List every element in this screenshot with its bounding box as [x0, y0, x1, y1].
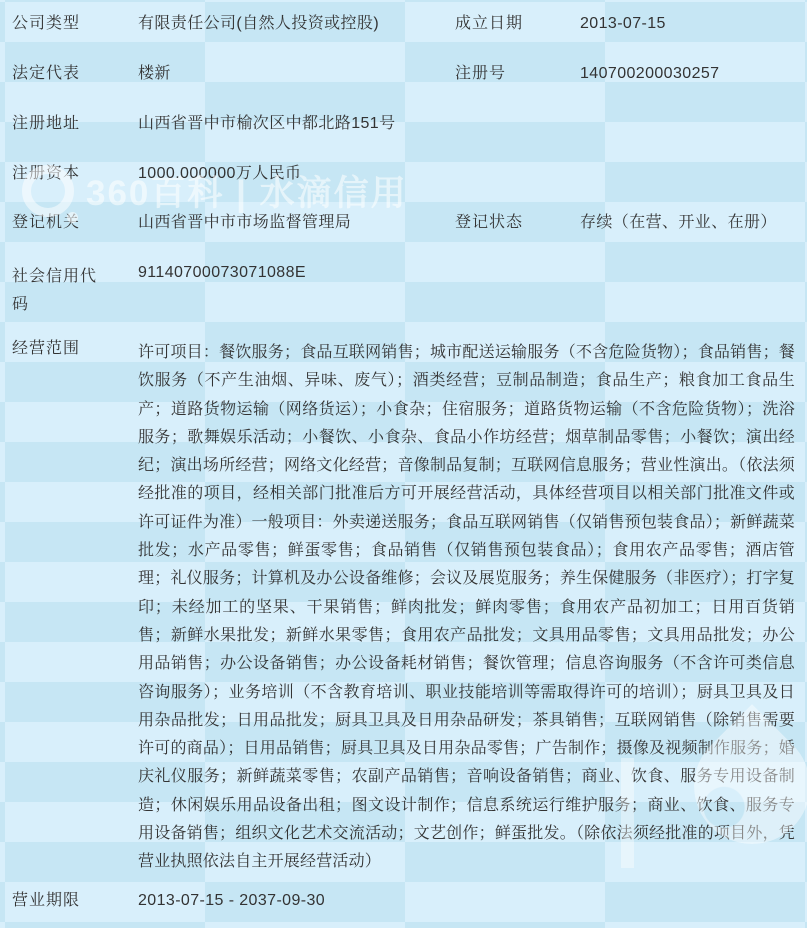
- field-label-legal-representative: 法定代表: [12, 64, 104, 84]
- row-business-term: 营业期限 2013-07-15 - 2037-09-30: [12, 891, 797, 911]
- field-value-registered-address: 山西省晋中市榆次区中都北路151号: [138, 114, 797, 134]
- field-label-established-date: 成立日期: [455, 14, 523, 34]
- field-value-registered-capital: 1000.000000万人民币: [138, 164, 797, 184]
- row-registered-capital: 注册资本 1000.000000万人民币: [12, 164, 797, 184]
- field-label-company-type: 公司类型: [12, 14, 104, 34]
- field-label-social-credit-code: 社会信用代码: [12, 263, 104, 319]
- field-value-social-credit-code: 91140700073071088E: [138, 263, 797, 283]
- field-value-registration-number: 140700200030257: [580, 64, 719, 84]
- row-legal-representative: 法定代表 楼新 注册号 140700200030257: [12, 64, 797, 84]
- row-business-scope: 经营范围 许可项目：餐饮服务；食品互联网销售；城市配送运输服务（不含危险货物）；…: [12, 339, 797, 877]
- field-value-business-scope: 许可项目：餐饮服务；食品互联网销售；城市配送运输服务（不含危险货物）；食品销售；…: [138, 339, 795, 877]
- field-label-registration-status: 登记状态: [455, 213, 523, 233]
- field-value-business-term: 2013-07-15 - 2037-09-30: [138, 891, 797, 911]
- field-label-registered-capital: 注册资本: [12, 164, 104, 184]
- company-info-table: 公司类型 有限责任公司(自然人投资或控股) 成立日期 2013-07-15 法定…: [0, 0, 807, 928]
- field-label-registration-number: 注册号: [455, 64, 506, 84]
- field-label-business-scope: 经营范围: [12, 339, 104, 359]
- field-label-registration-authority: 登记机关: [12, 213, 104, 233]
- field-label-business-term: 营业期限: [12, 891, 104, 911]
- field-label-registered-address: 注册地址: [12, 114, 104, 134]
- field-value-established-date: 2013-07-15: [580, 14, 666, 34]
- row-registered-address: 注册地址 山西省晋中市榆次区中都北路151号: [12, 114, 797, 134]
- field-value-registration-status: 存续（在营、开业、在册）: [580, 213, 777, 233]
- row-company-type: 公司类型 有限责任公司(自然人投资或控股) 成立日期 2013-07-15: [12, 14, 797, 34]
- row-registration-authority: 登记机关 山西省晋中市市场监督管理局 登记状态 存续（在营、开业、在册）: [12, 213, 797, 233]
- row-social-credit-code: 社会信用代码 91140700073071088E: [12, 263, 797, 283]
